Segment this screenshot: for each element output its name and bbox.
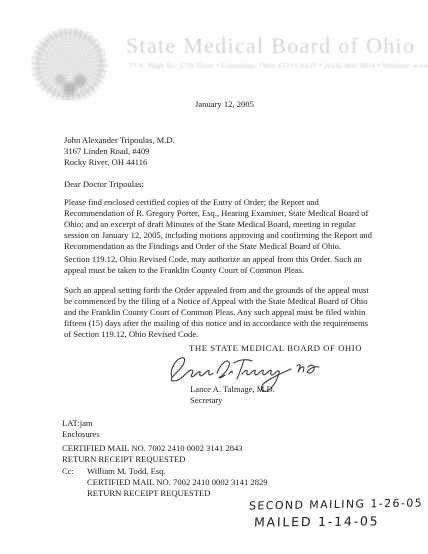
letterhead-address-line: 77 S. High St., 17th Floor • Columbus, O… bbox=[129, 61, 428, 70]
signer-title: Secretary bbox=[190, 395, 222, 406]
handwritten-note-mailed: MAILED 1-14-05 bbox=[254, 513, 380, 529]
letter-date: January 12, 2005 bbox=[195, 99, 254, 110]
handwritten-note-second-mailing: SECOND MAILING 1-26-05 bbox=[249, 496, 424, 512]
ohio-state-seal-icon bbox=[31, 27, 108, 102]
reference-initials-enclosures: LAT:jamEnclosures bbox=[62, 418, 100, 440]
letter-page: State Medical Board of Ohio 77 S. High S… bbox=[0, 0, 428, 554]
letterhead-org-name: State Medical Board of Ohio bbox=[126, 33, 415, 59]
certified-mail-block: CERTIFIED MAIL NO. 7002 2410 0002 3141 2… bbox=[62, 443, 243, 465]
recipient-address: John Alexander Tripoulas, M.D.3167 Linde… bbox=[64, 135, 175, 168]
body-paragraph-3: Such an appeal setting forth the Order a… bbox=[64, 285, 369, 340]
cc-recipient-block: William M. Todd, Esq.CERTIFIED MAIL NO. … bbox=[87, 466, 268, 499]
body-paragraph-2: Section 119.12, Ohio Revised Code, may a… bbox=[64, 254, 362, 276]
salutation: Dear Doctor Tripoulas: bbox=[64, 179, 144, 190]
signer-name: Lance A. Talmage, M.D. bbox=[190, 384, 275, 395]
cc-label: Cc: bbox=[62, 466, 74, 477]
body-paragraph-1: Please find enclosed certified copies of… bbox=[64, 197, 372, 252]
